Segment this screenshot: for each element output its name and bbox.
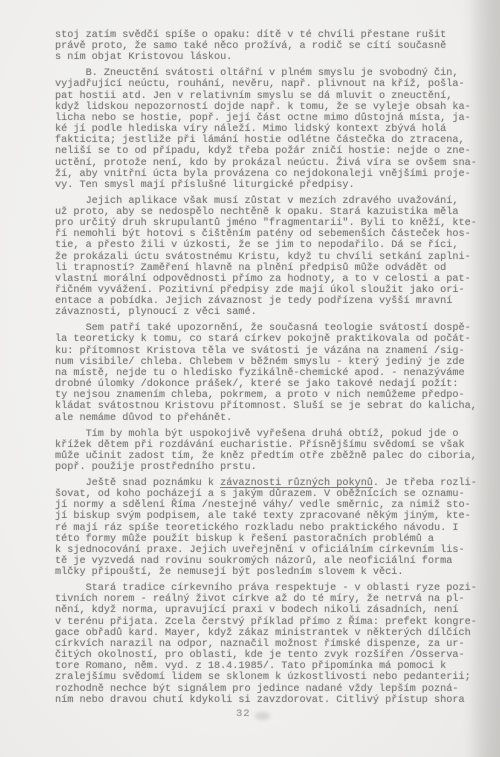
note-prefix: Ještě snad poznámku k — [55, 478, 220, 489]
note-underlined-phrase: závaznosti různých pokynů — [220, 478, 373, 489]
paragraph-4: Sem patří také upozornění, že současná t… — [55, 323, 490, 423]
text-block: stoj zatím svědčí spíše o opaku: dítě v … — [55, 30, 490, 706]
paragraph-6-continuation: šovat, od koho pocházejí a s jakým důraz… — [55, 489, 490, 578]
paragraph-6-first-line: Ještě snad poznámku k závaznosti různých… — [55, 478, 490, 489]
page-number: 32 — [236, 708, 251, 720]
scanned-document-page: stoj zatím svědčí spíše o opaku: dítě v … — [0, 0, 500, 757]
scan-edge-shadow — [462, 0, 500, 757]
paragraph-5: Tím by mohla být uspokojivě vyřešena dru… — [55, 429, 490, 474]
paragraph-1: stoj zatím svědčí spíše o opaku: dítě v … — [55, 30, 490, 63]
paragraph-7: Stará tradice církevního práva respektuj… — [55, 583, 490, 706]
paragraph-3: Jejich aplikace však musí zůstat v mezíc… — [55, 196, 490, 319]
paragraph-2: B. Zneuctění svátosti oltářní v plném sm… — [55, 68, 490, 191]
scan-smudge — [255, 712, 270, 720]
paragraph-6: Ještě snad poznámku k závaznosti různých… — [55, 478, 490, 578]
